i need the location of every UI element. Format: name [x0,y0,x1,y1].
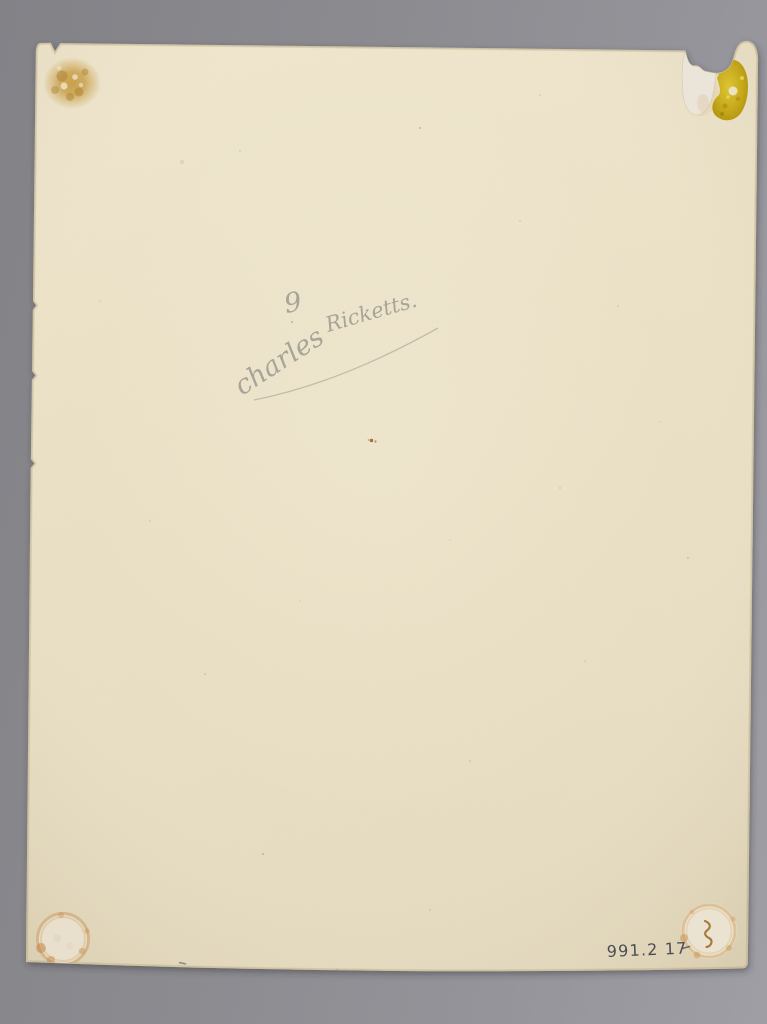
paper-verso-graphic: 9 charles Ricketts. 991.2 17 [0,0,767,1024]
accession-number-group: 991.2 17 [606,938,690,961]
accession-number: 991.2 17 [606,938,688,961]
glue-ring-bottom-left [36,912,90,966]
photo-backdrop: 9 charles Ricketts. 991.2 17 [0,0,767,1024]
glue-stain-top-left [43,57,101,109]
inscription-dot [291,321,293,323]
paper-vignette [20,35,765,975]
